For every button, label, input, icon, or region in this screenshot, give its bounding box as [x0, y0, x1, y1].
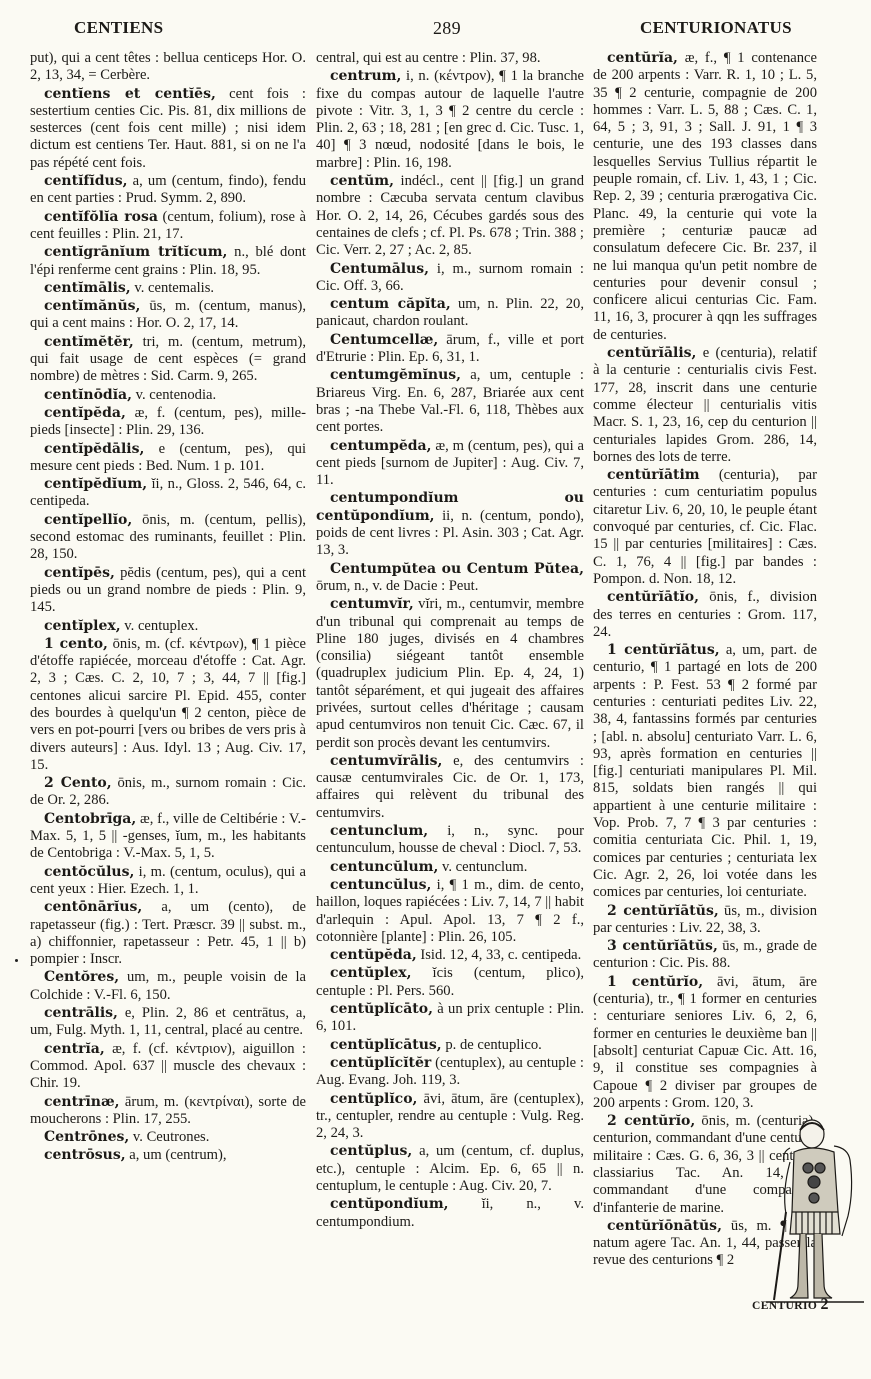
entry-headword: centumpĕda,: [330, 438, 432, 454]
entry-headword: centŭrĭātim: [607, 467, 700, 483]
entry-headword: centrālis,: [44, 1005, 118, 1021]
dictionary-entry: centĭgrānĭum trĭtĭcum, n., blé dont l'ép…: [30, 244, 306, 279]
entry-headword: centŭplĭcātus,: [330, 1037, 442, 1053]
entry-definition: v. Ceutrones.: [133, 1129, 209, 1145]
entry-headword: centĭmĕtĕr,: [44, 334, 134, 350]
entry-headword: Centumpŭtea ou Centum Pŭtea,: [330, 561, 584, 577]
caption-number: 2: [820, 1296, 828, 1313]
entry-headword: 2 centŭrĭo,: [607, 1113, 695, 1129]
dictionary-entry: centĭpĕda, æ, f. (centum, pes), mille-pi…: [30, 405, 306, 440]
dictionary-entry: 2 Cento, ōnis, m., surnom romain : Cic. …: [30, 775, 306, 810]
entry-headword: centrum,: [330, 68, 401, 84]
dictionary-entry: centŭplĭcĭtĕr (centuplex), au centuple :…: [316, 1055, 584, 1090]
guide-word-right: CENTURIONATUS: [640, 18, 792, 38]
dictionary-entry: centĭmănŭs, ūs, m. (centum, manus), qui …: [30, 298, 306, 333]
entry-definition: ōrum, n., v. de Dacie : Peut.: [316, 578, 478, 594]
entry-headword: 1 cento,: [44, 636, 108, 652]
entry-headword: centŭrĭōnātŭs,: [607, 1218, 722, 1234]
dictionary-entry: centŭplĭcātus, p. de centuplico.: [316, 1037, 584, 1054]
dictionary-entry: centumvĭrālis, e, des centumvirs : causæ…: [316, 753, 584, 822]
entry-headword: centŭplĭcĭtĕr: [330, 1055, 431, 1071]
entry-definition: v. centemalis.: [134, 280, 214, 296]
entry-headword: centŭrĭa,: [607, 50, 678, 66]
dictionary-entry: centŏcŭlus, i, m. (centum, oculus), qui …: [30, 864, 306, 899]
caption-word: CENTURIO: [752, 1300, 817, 1312]
column-1: put), qui a cent têtes : bellua centicep…: [30, 50, 306, 1166]
dictionary-entry: centunclum, i, n., sync. pour centunculu…: [316, 823, 584, 858]
entry-definition: æ, f., ¶ 1 contenance de 200 arpents : V…: [593, 50, 817, 343]
dictionary-entry: centĭmĕtĕr, tri, m. (centum, metrum), qu…: [30, 334, 306, 386]
dictionary-entry: centrĭa, æ, f. (cf. κέντριον), aiguillon…: [30, 1041, 306, 1093]
entry-headword: centuncŭlus,: [330, 877, 431, 893]
entry-definition: put), qui a cent têtes : bellua centicep…: [30, 50, 306, 83]
entry-headword: centumvĭrālis,: [330, 753, 442, 769]
entry-headword: centĭmănŭs,: [44, 298, 140, 314]
dictionary-entry: centĭpēs, pĕdis (centum, pes), qui a cen…: [30, 565, 306, 617]
entry-headword: centĭfĭdus,: [44, 173, 127, 189]
entry-headword: centĭpellĭo,: [44, 512, 132, 528]
dictionary-entry: centumvĭr, vĭri, m., centumvir, membre d…: [316, 596, 584, 752]
entry-headword: centŭpondĭum,: [330, 1196, 449, 1212]
entry-headword: centōnārĭus,: [44, 899, 142, 915]
dictionary-entry: centuncŭlus, i, ¶ 1 m., dim. de cento, h…: [316, 877, 584, 946]
entry-headword: centum căpĭta,: [330, 296, 451, 312]
centurion-illustration: [760, 1112, 870, 1312]
dictionary-entry: centĭpellĭo, ōnis, m. (centum, pellis), …: [30, 512, 306, 564]
entry-headword: centĭmālis,: [44, 280, 131, 296]
dictionary-entry: put), qui a cent têtes : bellua centicep…: [30, 50, 306, 85]
dictionary-entry: centŭplus, a, um (centum, cf. duplus, et…: [316, 1143, 584, 1195]
entry-headword: centĭplex,: [44, 618, 121, 634]
dictionary-entry: Centumpŭtea ou Centum Pŭtea, ōrum, n., v…: [316, 561, 584, 596]
entry-headword: centĭnōdĭa,: [44, 387, 132, 403]
dictionary-entry: centĭpĕdĭum, ĭi, n., Gloss. 2, 546, 64, …: [30, 476, 306, 511]
dictionary-entry: centŭrĭa, æ, f., ¶ 1 contenance de 200 a…: [593, 50, 817, 344]
dictionary-entry: centĭfĭdus, a, um (centum, findo), fendu…: [30, 173, 306, 208]
entry-headword: centŭplĭco,: [330, 1091, 417, 1107]
entry-headword: centĭpēs,: [44, 565, 115, 581]
entry-definition: e (centuria), relatif à la centurie : ce…: [593, 345, 817, 465]
entry-headword: 2 centŭrĭātŭs,: [607, 903, 719, 919]
entry-headword: centrōsus,: [44, 1147, 126, 1163]
entry-definition: vĭri, m., centumvir, membre d'un tribuna…: [316, 596, 584, 750]
entry-headword: centŭm,: [330, 173, 394, 189]
entry-definition: v. centuplex.: [124, 618, 198, 634]
dictionary-entry: central, qui est au centre : Plin. 37, 9…: [316, 50, 584, 67]
dictionary-entry: centĭpĕdālis, e (centum, pes), qui mesur…: [30, 441, 306, 476]
dictionary-entry: centŭplĭco, āvi, ātum, āre (centuplex), …: [316, 1091, 584, 1143]
entry-definition: v. centenodia.: [136, 387, 217, 403]
entry-definition: v. centunclum.: [442, 859, 527, 875]
entry-definition: āvi, ātum, āre (centuria), tr., ¶ 1 form…: [593, 974, 817, 1111]
entry-definition: Isid. 12, 4, 33, c. centipeda.: [420, 947, 581, 963]
dictionary-entry: centumpondĭum ou centŭpondĭum, ii, n. (c…: [316, 490, 584, 559]
dictionary-entry: centuncŭlum, v. centunclum.: [316, 859, 584, 876]
dictionary-entry: centŭplĭcāto, à un prix centuple : Plin.…: [316, 1001, 584, 1036]
entry-headword: centrīnæ,: [44, 1094, 119, 1110]
entry-headword: centĭens et centĭēs,: [44, 86, 216, 102]
dictionary-entry: centrōsus, a, um (centrum),: [30, 1147, 306, 1164]
column-3: centŭrĭa, æ, f., ¶ 1 contenance de 200 a…: [593, 50, 817, 1271]
dictionary-entry: Centumālus, i, m., surnom romain : Cic. …: [316, 261, 584, 296]
dictionary-entry: centŭpĕda, Isid. 12, 4, 33, c. centipeda…: [316, 947, 584, 964]
dictionary-entry: centrum, i, n. (κέντρον), ¶ 1 la branche…: [316, 68, 584, 172]
entry-definition: central, qui est au centre : Plin. 37, 9…: [316, 50, 541, 66]
page-number: 289: [433, 18, 461, 39]
dictionary-entry: centōnārĭus, a, um (cento), de rapetasse…: [30, 899, 306, 968]
dictionary-entry: centŭrĭātim (centuria), par centuries : …: [593, 467, 817, 588]
dictionary-entry: centĭplex, v. centuplex.: [30, 618, 306, 635]
entry-headword: 3 centŭrĭātŭs,: [607, 938, 718, 954]
dictionary-entry: centumgĕmĭnus, a, um, centuple : Briareu…: [316, 367, 584, 436]
entry-definition: ōnis, m. (cf. κέντρων), ¶ 1 pièce d'étof…: [30, 636, 306, 773]
entry-headword: centĭpĕdĭum,: [44, 476, 147, 492]
entry-definition: a, um, part. de centurio, ¶ 1 partagé en…: [593, 642, 817, 900]
entry-headword: centŭplus,: [330, 1143, 412, 1159]
dictionary-entry: 2 centŭrĭātŭs, ūs, m., division par cent…: [593, 903, 817, 938]
guide-word-left: CENTIENS: [74, 18, 163, 38]
print-speck: [15, 959, 18, 962]
entry-definition: (centuria), par centuries : cum centuria…: [593, 467, 817, 587]
dictionary-entry: centum căpĭta, um, n. Plin. 22, 20, pani…: [316, 296, 584, 331]
entry-headword: Centŏres,: [44, 969, 119, 985]
entry-headword: centŭpĕda,: [330, 947, 417, 963]
entry-headword: 1 centŭrĭātus,: [607, 642, 720, 658]
entry-headword: Centobrīga,: [44, 811, 136, 827]
entry-headword: Centumcellæ,: [330, 332, 438, 348]
entry-headword: centĭpĕda,: [44, 405, 126, 421]
entry-headword: centŭrĭālis,: [607, 345, 696, 361]
dictionary-entry: centumpĕda, æ, m (centum, pes), qui a ce…: [316, 438, 584, 490]
entry-headword: Centumālus,: [330, 261, 429, 277]
dictionary-entry: centŭplex, ĭcis (centum, plico), centupl…: [316, 965, 584, 1000]
entry-headword: centŏcŭlus,: [44, 864, 134, 880]
dictionary-entry: 1 centŭrĭātus, a, um, part. de centurio,…: [593, 642, 817, 901]
dictionary-entry: centĭens et centĭēs, cent fois : sestert…: [30, 86, 306, 172]
entry-headword: Centrōnes,: [44, 1129, 129, 1145]
entry-headword: centĭfŏlĭa rosa: [44, 209, 158, 225]
dictionary-entry: Centumcellæ, ārum, f., ville et port d'E…: [316, 332, 584, 367]
dictionary-entry: Centobrīga, æ, f., ville de Celtibérie :…: [30, 811, 306, 863]
dictionary-entry: centŭrĭātĭo, ōnis, f., division des terr…: [593, 589, 817, 641]
dictionary-entry: centĭfŏlĭa rosa (centum, folium), rose à…: [30, 209, 306, 244]
dictionary-entry: centrālis, e, Plin. 2, 86 et centrātus, …: [30, 1005, 306, 1040]
entry-headword: centŭplex,: [330, 965, 412, 981]
dictionary-entry: centĭmālis, v. centemalis.: [30, 280, 306, 297]
entry-headword: centĭpĕdālis,: [44, 441, 144, 457]
dictionary-entry: centŭm, indécl., cent || [fig.] un grand…: [316, 173, 584, 259]
dictionary-entry: 1 centŭrĭo, āvi, ātum, āre (centuria), t…: [593, 974, 817, 1112]
entry-headword: centuncŭlum,: [330, 859, 438, 875]
entry-headword: centĭgrānĭum trĭtĭcum,: [44, 244, 227, 260]
dictionary-entry: Centŏres, um, m., peuple voisin de la Co…: [30, 969, 306, 1004]
dictionary-entry: 3 centŭrĭātŭs, ūs, m., grade de centurio…: [593, 938, 817, 973]
dictionary-entry: 1 cento, ōnis, m. (cf. κέντρων), ¶ 1 piè…: [30, 636, 306, 774]
dictionary-entry: centŭrĭālis, e (centuria), relatif à la …: [593, 345, 817, 466]
entry-headword: centŭplĭcāto,: [330, 1001, 433, 1017]
dictionary-entry: Centrōnes, v. Ceutrones.: [30, 1129, 306, 1146]
column-2: central, qui est au centre : Plin. 37, 9…: [316, 50, 584, 1232]
entry-headword: centumvĭr,: [330, 596, 414, 612]
dictionary-page: CENTIENS 289 CENTURIONATUS put), qui a c…: [0, 0, 871, 1379]
entry-headword: centŭrĭātĭo,: [607, 589, 699, 605]
entry-headword: centumgĕmĭnus,: [330, 367, 461, 383]
entry-definition: p. de centuplico.: [445, 1037, 541, 1053]
dictionary-entry: centĭnōdĭa, v. centenodia.: [30, 387, 306, 404]
entry-headword: 1 centŭrĭo,: [607, 974, 703, 990]
dictionary-entry: centrīnæ, ārum, m. (κεντρίναι), sorte de…: [30, 1094, 306, 1129]
entry-headword: centrĭa,: [44, 1041, 105, 1057]
entry-headword: centunclum,: [330, 823, 428, 839]
entry-definition: a, um (centrum),: [129, 1147, 226, 1163]
illustration-caption: CENTURIO 2: [752, 1296, 871, 1314]
dictionary-entry: centŭpondĭum, ĭi, n., v. centumpondium.: [316, 1196, 584, 1231]
entry-headword: 2 Cento,: [44, 775, 112, 791]
